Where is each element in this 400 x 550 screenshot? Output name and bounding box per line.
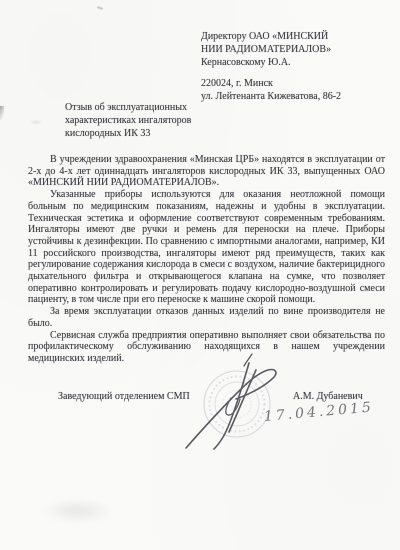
recipient-address-line: ул. Лейтенанта Кижеватова, 86-2 xyxy=(201,90,393,103)
scan-smudge xyxy=(40,498,115,524)
paragraph: В учреждении здравоохранения «Минская ЦР… xyxy=(28,154,385,189)
subject-line: Отзыв об эксплуатационных xyxy=(65,101,225,114)
recipient-line: Директору ОАО «МИНСКИЙ xyxy=(201,30,393,43)
subject-block: Отзыв об эксплуатационных характеристика… xyxy=(65,101,225,140)
recipient-line: Кернасовскому Ю.А. xyxy=(201,56,393,69)
recipient-address-line: 220024, г. Минск xyxy=(201,77,393,90)
recipient-block: Директору ОАО «МИНСКИЙ НИИ РАДИОМАТЕРИАЛ… xyxy=(201,30,393,103)
scan-speck xyxy=(97,6,103,10)
letter-body: В учреждении здравоохранения «Минская ЦР… xyxy=(28,154,385,365)
scan-edge-mark xyxy=(0,106,4,120)
paragraph: За время эксплуатации отказов данных изд… xyxy=(28,306,385,329)
stamp-and-signature xyxy=(170,348,315,460)
recipient-line: НИИ РАДИОМАТЕРИАЛОВ» xyxy=(201,43,393,56)
scanned-letter-page: Директору ОАО «МИНСКИЙ НИИ РАДИОМАТЕРИАЛ… xyxy=(0,0,400,550)
signature-icon xyxy=(186,354,276,449)
subject-line: характеристиках ингаляторов xyxy=(65,114,225,127)
scan-speck xyxy=(30,120,42,124)
paragraph: Указанные приборы используются для оказа… xyxy=(28,189,385,306)
subject-line: кислородных ИК 33 xyxy=(65,127,225,140)
